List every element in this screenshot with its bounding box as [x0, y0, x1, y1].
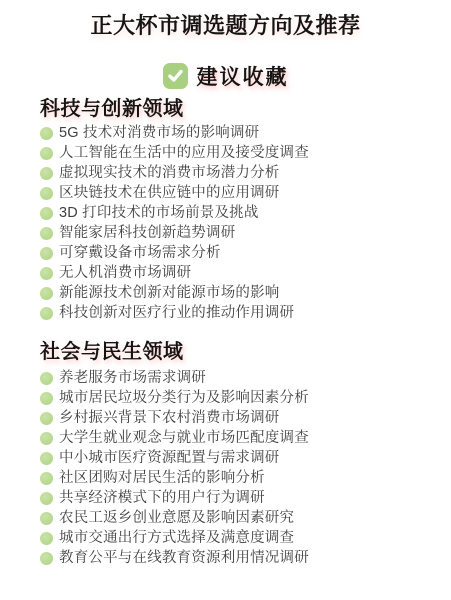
badge-label: 建议收藏	[197, 61, 289, 91]
list-item: 科技创新对医疗行业的推动作用调研	[40, 303, 425, 323]
topic-text: 养老服务市场需求调研	[59, 368, 206, 388]
topic-text: 区块链技术在供应链中的应用调研	[59, 183, 280, 203]
topic-section: 社会与民生领域 养老服务市场需求调研 城市居民垃圾分类行为及影响因素分析 乡村振…	[40, 341, 425, 568]
sections-container: 科技与创新领域 5G 技术对消费市场的影响调研 人工智能在生活中的应用及接受度调…	[0, 98, 451, 568]
list-item: 中小城市医疗资源配置与需求调研	[40, 448, 425, 468]
topic-text: 可穿戴设备市场需求分析	[59, 243, 221, 263]
list-item: 人工智能在生活中的应用及接受度调查	[40, 143, 425, 163]
bullet-icon	[40, 207, 53, 220]
page-title: 正大杯市调选题方向及推荐	[0, 0, 451, 41]
topic-list: 5G 技术对消费市场的影响调研 人工智能在生活中的应用及接受度调查 虚拟现实技术…	[40, 123, 425, 323]
bullet-icon	[40, 372, 53, 385]
topic-text: 智能家居科技创新趋势调研	[59, 223, 235, 243]
bullet-icon	[40, 147, 53, 160]
topic-text: 新能源技术创新对能源市场的影响	[59, 283, 280, 303]
bullet-icon	[40, 127, 53, 140]
list-item: 大学生就业观念与就业市场匹配度调查	[40, 428, 425, 448]
topic-text: 5G 技术对消费市场的影响调研	[59, 123, 259, 143]
topic-text: 大学生就业观念与就业市场匹配度调查	[59, 428, 309, 448]
topic-text: 虚拟现实技术的消费市场潜力分析	[59, 163, 280, 183]
section-title: 科技与创新领域	[40, 98, 425, 120]
bullet-icon	[40, 287, 53, 300]
bullet-icon	[40, 452, 53, 465]
bullet-icon	[40, 267, 53, 280]
check-icon	[163, 63, 188, 89]
bullet-icon	[40, 167, 53, 180]
topic-text: 共享经济模式下的用户行为调研	[59, 488, 265, 508]
bullet-icon	[40, 187, 53, 200]
list-item: 城市交通出行方式选择及满意度调查	[40, 528, 425, 548]
list-item: 3D 打印技术的市场前景及挑战	[40, 203, 425, 223]
topic-text: 城市居民垃圾分类行为及影响因素分析	[59, 388, 309, 408]
topic-text: 3D 打印技术的市场前景及挑战	[59, 203, 259, 223]
bullet-icon	[40, 492, 53, 505]
list-item: 5G 技术对消费市场的影响调研	[40, 123, 425, 143]
topic-section: 科技与创新领域 5G 技术对消费市场的影响调研 人工智能在生活中的应用及接受度调…	[40, 98, 425, 323]
section-title: 社会与民生领域	[40, 341, 425, 363]
list-item: 教育公平与在线教育资源利用情况调研	[40, 548, 425, 568]
list-item: 农民工返乡创业意愿及影响因素研究	[40, 508, 425, 528]
list-item: 共享经济模式下的用户行为调研	[40, 488, 425, 508]
bullet-icon	[40, 432, 53, 445]
bullet-icon	[40, 247, 53, 260]
bullet-icon	[40, 392, 53, 405]
topic-text: 教育公平与在线教育资源利用情况调研	[59, 548, 309, 568]
note-page: 正大杯市调选题方向及推荐 建议收藏 科技与创新领域 5G 技术对消费市场的影响调…	[0, 0, 451, 600]
list-item: 社区团购对居民生活的影响分析	[40, 468, 425, 488]
list-item: 可穿戴设备市场需求分析	[40, 243, 425, 263]
list-item: 无人机消费市场调研	[40, 263, 425, 283]
topic-text: 无人机消费市场调研	[59, 263, 191, 283]
list-item: 养老服务市场需求调研	[40, 368, 425, 388]
list-item: 虚拟现实技术的消费市场潜力分析	[40, 163, 425, 183]
bullet-icon	[40, 412, 53, 425]
list-item: 智能家居科技创新趋势调研	[40, 223, 425, 243]
bullet-icon	[40, 472, 53, 485]
topic-text: 农民工返乡创业意愿及影响因素研究	[59, 508, 294, 528]
topic-text: 社区团购对居民生活的影响分析	[59, 468, 265, 488]
recommend-badge: 建议收藏	[0, 62, 451, 89]
list-item: 区块链技术在供应链中的应用调研	[40, 183, 425, 203]
topic-text: 乡村振兴背景下农村消费市场调研	[59, 408, 280, 428]
bullet-icon	[40, 227, 53, 240]
topic-text: 城市交通出行方式选择及满意度调查	[59, 528, 294, 548]
bullet-icon	[40, 307, 53, 320]
topic-text: 科技创新对医疗行业的推动作用调研	[59, 303, 294, 323]
topic-list: 养老服务市场需求调研 城市居民垃圾分类行为及影响因素分析 乡村振兴背景下农村消费…	[40, 368, 425, 568]
list-item: 乡村振兴背景下农村消费市场调研	[40, 408, 425, 428]
bullet-icon	[40, 532, 53, 545]
topic-text: 人工智能在生活中的应用及接受度调查	[59, 143, 309, 163]
topic-text: 中小城市医疗资源配置与需求调研	[59, 448, 280, 468]
bullet-icon	[40, 512, 53, 525]
bullet-icon	[40, 552, 53, 565]
list-item: 城市居民垃圾分类行为及影响因素分析	[40, 388, 425, 408]
list-item: 新能源技术创新对能源市场的影响	[40, 283, 425, 303]
